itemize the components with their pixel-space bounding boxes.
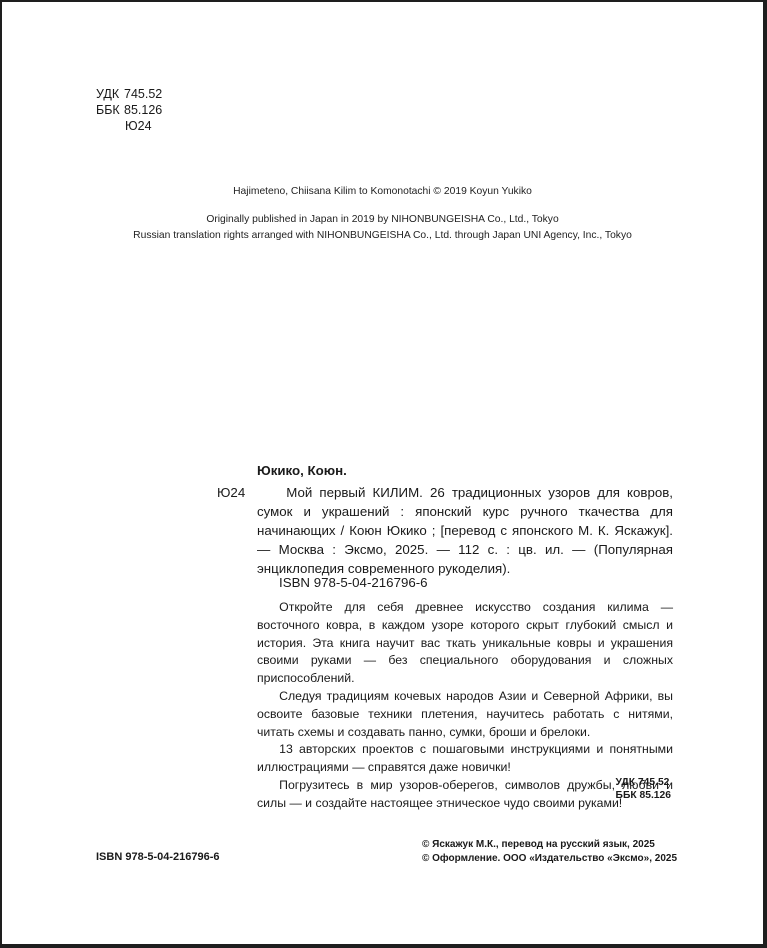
catalog-description: Мой первый КИЛИМ. 26 традиционных узоров… xyxy=(257,483,673,578)
udk-label: УДК xyxy=(96,86,124,102)
annotation-udk: УДК 745.52 xyxy=(616,777,671,790)
bbk-value: 85.126 xyxy=(124,102,162,118)
original-publication-line: Originally published in Japan in 2019 by… xyxy=(2,212,763,228)
annotation-paragraph: 13 авторских проектов с пошаговыми инстр… xyxy=(257,741,673,777)
catalog-author-sign: Ю24 xyxy=(217,485,245,500)
catalog-entry: Мой первый КИЛИМ. 26 традиционных узоров… xyxy=(257,483,673,578)
bbk-label: ББК xyxy=(96,102,124,118)
copyright-design: © Оформление. ООО «Издательство «Эксмо»,… xyxy=(422,852,677,866)
footer-isbn: ISBN 978-5-04-216796-6 xyxy=(96,851,220,863)
catalog-isbn: ISBN 978-5-04-216796-6 xyxy=(279,575,428,590)
classification-codes: УДК 745.52 ББК 85.126 Ю24 xyxy=(96,86,162,134)
udk-value: 745.52 xyxy=(124,86,162,102)
original-title-copyright: Hajimeteno, Chiisana Kilim to Komonotach… xyxy=(2,186,763,197)
annotation-paragraph: Следуя традициям кочевых народов Азии и … xyxy=(257,688,673,741)
annotation: Откройте для себя древнее искусство созд… xyxy=(257,599,673,813)
annotation-bbk: ББК 85.126 xyxy=(616,790,671,803)
annotation-paragraph: Погрузитесь в мир узоров-оберегов, симво… xyxy=(257,777,673,813)
catalog-author-heading: Юкико, Коюн. xyxy=(257,463,347,478)
author-sign: Ю24 xyxy=(96,118,162,134)
footer-copyrights: © Яскажук М.К., перевод на русский язык,… xyxy=(422,838,677,866)
publication-rights: Originally published in Japan in 2019 by… xyxy=(2,212,763,243)
translation-rights-line: Russian translation rights arranged with… xyxy=(2,228,763,244)
copyright-translation: © Яскажук М.К., перевод на русский язык,… xyxy=(422,838,677,852)
imprint-page: УДК 745.52 ББК 85.126 Ю24 Hajimeteno, Ch… xyxy=(2,2,763,944)
annotation-paragraph: Откройте для себя древнее искусство созд… xyxy=(257,599,673,688)
annotation-codes: УДК 745.52 ББК 85.126 xyxy=(616,777,671,802)
